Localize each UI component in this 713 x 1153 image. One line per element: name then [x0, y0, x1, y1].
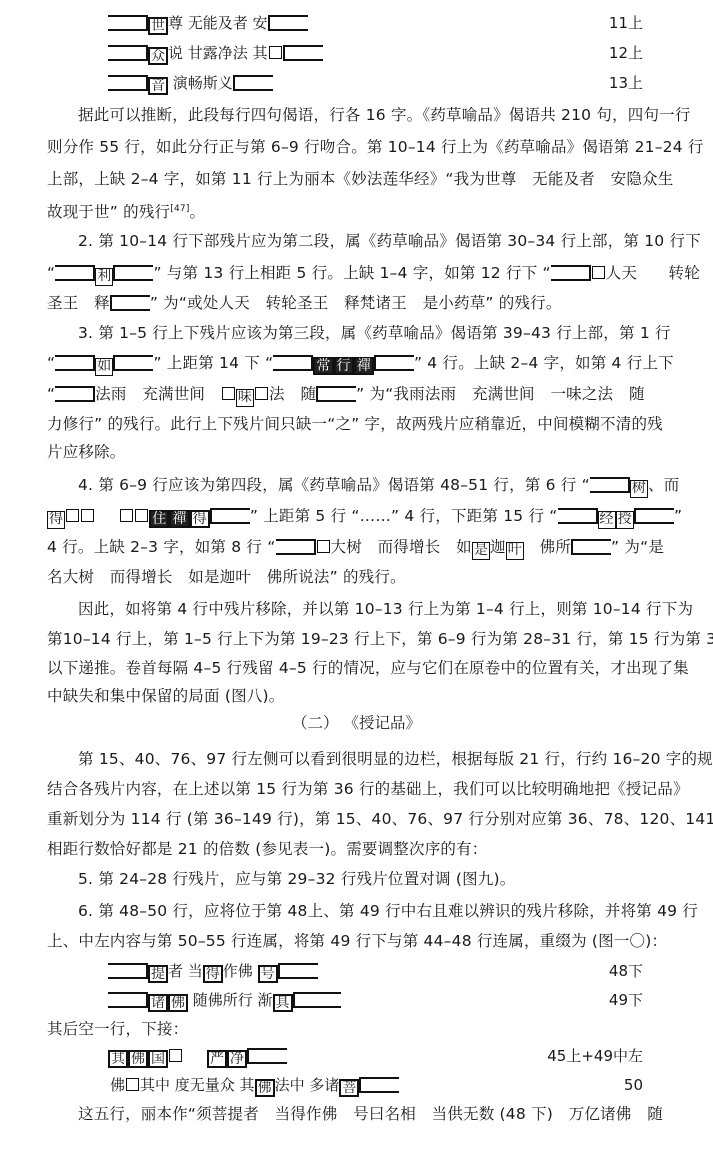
- lacuna-marker: [293, 992, 341, 1008]
- text: 佛所: [524, 538, 571, 556]
- paragraph-line: 6. 第 48–50 行，应将位于第 48上、第 49 行中右且难以辨识的残片移…: [78, 900, 713, 922]
- paragraph-line: 以下递推。卷首每隔 4–5 行残留 4–5 行的情况，应与它们在原卷中的位置有关…: [47, 657, 687, 679]
- text: ” 上距第 5 行 “……” 4 行，下距第 15 行 “: [250, 507, 558, 525]
- boxed-char: 树: [630, 480, 648, 498]
- verse-text: 者 当: [168, 962, 203, 980]
- text: 圣王 释: [47, 294, 110, 312]
- lacuna-marker: [273, 355, 313, 371]
- paragraph-line: 重新划分为 114 行 (第 36–149 行)，第 15、40、76、97 行…: [47, 808, 687, 830]
- paragraph-line: 4. 第 6–9 行应该为第四段，属《药草喻品》偈语第 48–51 行，第 6 …: [78, 474, 713, 498]
- missing-char-box: [317, 540, 330, 553]
- line-label: 11上: [609, 12, 643, 34]
- text: 。: [190, 203, 206, 221]
- line-label: 13上: [609, 72, 643, 94]
- line-label: 49下: [609, 989, 643, 1011]
- paragraph-line: 名大树 而得增长 如是迦叶 佛所说法” 的残行。: [47, 566, 687, 588]
- missing-char-box: [126, 1078, 139, 1091]
- verse-line-12: 众说 甘露净法 其: [108, 42, 323, 65]
- paragraph-line: 相距行数恰好都是 21 的倍数 (参见表一)。需要调整次序的有：: [47, 838, 687, 860]
- boxed-char: 味: [236, 389, 254, 407]
- lacuna-marker: [374, 355, 414, 371]
- lacuna-marker: [590, 477, 630, 493]
- text: 4 行。上缺 2–3 字，如第 8 行 “: [47, 538, 276, 556]
- verse-text: 法中 多诸: [275, 1076, 340, 1094]
- paragraph-line: 得住禪得” 上距第 5 行 “……” 4 行，下距第 15 行 “经授”: [47, 505, 687, 529]
- text: ” 4 行。上缺 2–4 字，如第 4 行上下: [414, 354, 674, 372]
- lacuna-marker: [278, 963, 318, 979]
- paragraph-line: 据此可以推断，此段每行四句偈语，行各 16 字。《药草喻品》偈语共 210 句，…: [78, 104, 713, 126]
- boxed-char: 住: [149, 510, 169, 528]
- boxed-char: 国: [148, 1050, 168, 1068]
- text: ” 上距第 14 下 “: [153, 354, 273, 372]
- lacuna-marker: [55, 265, 95, 281]
- verse-text: 尊 无能及者 安: [168, 14, 268, 32]
- line-label: 45上+49中左: [547, 1045, 643, 1067]
- paragraph-line: 其后空一行，下接：: [47, 1018, 687, 1040]
- verse-text: 其中 度无量众 其: [140, 1076, 255, 1094]
- boxed-char: 授: [616, 511, 634, 529]
- missing-char-box: [592, 266, 605, 279]
- text: ”: [674, 507, 682, 525]
- lacuna-marker: [108, 45, 148, 61]
- boxed-char: 利: [95, 268, 113, 286]
- lacuna-marker: [571, 539, 611, 555]
- lacuna-marker: [359, 1077, 399, 1093]
- missing-char-box: [169, 1049, 182, 1062]
- boxed-char: 音: [148, 77, 168, 95]
- paragraph-line: 3. 第 1–5 行上下残片应该为第三段，属《药草喻品》偈语第 39–43 行上…: [78, 322, 713, 344]
- paragraph-line: 第10–14 行上，第 1–5 行上下为第 19–23 行上下，第 6–9 行为…: [47, 628, 687, 650]
- verse-text: 作佛: [223, 962, 258, 980]
- paragraph-line: “法雨 充满世间 味法 随” 为“我雨法雨 充满世间 一味之法 随: [47, 383, 687, 407]
- lacuna-marker: [276, 539, 316, 555]
- paragraph-line: 中缺失和集中保留的局面 (图八)。: [47, 685, 687, 707]
- boxed-char: 其: [108, 1050, 128, 1068]
- missing-char-box: [255, 387, 268, 400]
- boxed-char: 得: [47, 511, 65, 529]
- boxed-char: 经: [598, 511, 616, 529]
- boxed-char: 菩: [339, 1079, 359, 1097]
- paragraph-line: 上部，上缺 2–4 字，如第 11 行上为丽本《妙法莲华经》“我为世尊 无能及者…: [47, 168, 687, 190]
- boxed-char: 常: [313, 357, 333, 375]
- lacuna-marker: [55, 386, 95, 402]
- verse-line-11: 世尊 无能及者 安: [108, 12, 308, 35]
- text: ” 为“我雨法雨 充满世间 一味之法 随: [356, 385, 645, 403]
- lacuna-marker: [113, 355, 153, 371]
- paragraph-line: 片应移除。: [47, 441, 687, 463]
- paragraph-line: 4 行。上缺 2–3 字，如第 8 行 “大树 而得增长 如是迦叶 佛所” 为“…: [47, 536, 687, 560]
- paragraph-line: 2. 第 10–14 行下部残片应为第二段，属《药草喻品》偈语第 30–34 行…: [78, 230, 713, 252]
- lacuna-marker: [210, 508, 250, 524]
- boxed-char: 得: [203, 965, 223, 983]
- paragraph-line: 结合各残片内容，在上述以第 15 行为第 36 行的基础上，我们可以比较明确地把…: [47, 778, 687, 800]
- paragraph-line: 因此，如将第 4 行中残片移除，并以第 10–13 行上为第 1–4 行上，则第…: [78, 598, 713, 620]
- footnote-ref[interactable]: [47]: [170, 204, 189, 214]
- lacuna-marker: [108, 15, 148, 31]
- boxed-char: 叶: [506, 542, 524, 560]
- verse-line-13: 音 演畅斯义: [108, 72, 273, 95]
- missing-char-box: [222, 387, 235, 400]
- boxed-char: 世: [148, 17, 168, 35]
- boxed-char: 禪: [354, 357, 374, 375]
- text: 、而: [648, 476, 679, 494]
- boxed-char: 严: [207, 1050, 227, 1068]
- section-heading: （二） 《授记品》: [0, 712, 713, 734]
- boxed-char: 得: [190, 510, 210, 528]
- paragraph-line: 力修行” 的残行。此行上下残片间只缺一“之” 字，故两残片应稍靠近，中间模糊不清…: [47, 413, 687, 435]
- text: 故现于世” 的残行: [47, 203, 170, 221]
- text: 迦: [490, 538, 506, 556]
- lacuna-marker: [108, 963, 148, 979]
- boxed-char: 众: [148, 47, 168, 65]
- missing-char-box: [269, 46, 282, 59]
- boxed-char: 佛: [128, 1050, 148, 1068]
- text: 大树 而得增长 如: [331, 538, 472, 556]
- boxed-char: 诸: [148, 994, 168, 1012]
- text: 4. 第 6–9 行应该为第四段，属《药草喻品》偈语第 48–51 行，第 6 …: [78, 476, 590, 494]
- paragraph-line: 圣王 释” 为“或处人天 转轮圣王 释梵诸王 是小药草” 的残行。: [47, 292, 687, 314]
- lacuna-marker: [55, 355, 95, 371]
- line-label: 48下: [609, 960, 643, 982]
- line-label: 12上: [609, 42, 643, 64]
- missing-char-box: [81, 509, 94, 522]
- verse-text: 演畅斯义: [168, 74, 233, 92]
- lacuna-marker: [113, 265, 153, 281]
- line-label: 50: [624, 1074, 643, 1096]
- text: 法 随: [269, 385, 316, 403]
- verse-line-45: 其佛国严净: [108, 1045, 287, 1068]
- boxed-char: 提: [148, 965, 168, 983]
- text: ” 为“或处人天 转轮圣王 释梵诸王 是小药草” 的残行。: [150, 294, 562, 312]
- text: “: [47, 264, 55, 282]
- verse-text: 说 甘露净法 其: [168, 44, 268, 62]
- verse-line-49: 诸佛 随佛所行 渐具: [108, 989, 341, 1012]
- lacuna-marker: [247, 1048, 287, 1064]
- paragraph-line: 故现于世” 的残行[47]。: [47, 198, 687, 223]
- paragraph-line: 这五行，丽本作“须菩提者 当得作佛 号曰名相 当供无数 (48 下) 万亿诸佛 …: [78, 1103, 713, 1125]
- boxed-char: 佛: [255, 1079, 275, 1097]
- boxed-char: 号: [258, 965, 278, 983]
- lacuna-marker: [551, 265, 591, 281]
- paragraph-line: “如” 上距第 14 下 “常行禪” 4 行。上缺 2–4 字，如第 4 行上下: [47, 352, 687, 376]
- boxed-char: 具: [273, 994, 293, 1012]
- paragraph-line: 5. 第 24–28 行残片，应与第 29–32 行残片位置对调 (图九)。: [78, 868, 713, 890]
- text: “: [47, 354, 55, 372]
- lacuna-marker: [108, 75, 148, 91]
- verse-line-48: 提者 当得作佛 号: [108, 960, 318, 983]
- lacuna-marker: [110, 295, 150, 311]
- verse-text: 佛: [110, 1076, 125, 1094]
- missing-char-box: [66, 509, 79, 522]
- boxed-char: 禪: [169, 510, 189, 528]
- verse-line-50: 佛其中 度无量众 其佛法中 多诸菩: [110, 1074, 399, 1097]
- text: 法雨 充满世间: [95, 385, 221, 403]
- lacuna-marker: [268, 15, 308, 31]
- boxed-char: 行: [334, 357, 354, 375]
- lacuna-marker: [558, 508, 598, 524]
- paragraph-line: 第 15、40、76、97 行左侧可以看到很明显的边栏，根据每版 21 行，行约…: [78, 748, 713, 770]
- lacuna-marker: [283, 45, 323, 61]
- lacuna-marker: [634, 508, 674, 524]
- text: 人天 转轮: [606, 264, 700, 282]
- document-page: 世尊 无能及者 安 11上 众说 甘露净法 其 12上 音 演畅斯义 13上 据…: [0, 0, 713, 1153]
- boxed-char: 是: [472, 542, 490, 560]
- missing-char-box: [135, 509, 148, 522]
- paragraph-line: “利” 与第 13 行上相距 5 行。上缺 1–4 字，如第 12 行下 “人天…: [47, 262, 687, 286]
- text: “: [47, 385, 55, 403]
- paragraph-line: 上、中左内容与第 50–55 行连属，将第 49 行下与第 44–48 行连属，…: [47, 930, 687, 952]
- boxed-char: 净: [227, 1050, 247, 1068]
- lacuna-marker: [316, 386, 356, 402]
- text: ” 为“是: [611, 538, 664, 556]
- boxed-char: 佛: [168, 994, 188, 1012]
- missing-char-box: [120, 509, 133, 522]
- boxed-char: 如: [95, 358, 113, 376]
- paragraph-line: 则分作 55 行，如此分行正与第 6–9 行吻合。第 10–14 行上为《药草喻…: [47, 136, 687, 158]
- lacuna-marker: [233, 75, 273, 91]
- verse-text: 随佛所行 渐: [188, 991, 273, 1009]
- text: ” 与第 13 行上相距 5 行。上缺 1–4 字，如第 12 行下 “: [153, 264, 550, 282]
- lacuna-marker: [108, 992, 148, 1008]
